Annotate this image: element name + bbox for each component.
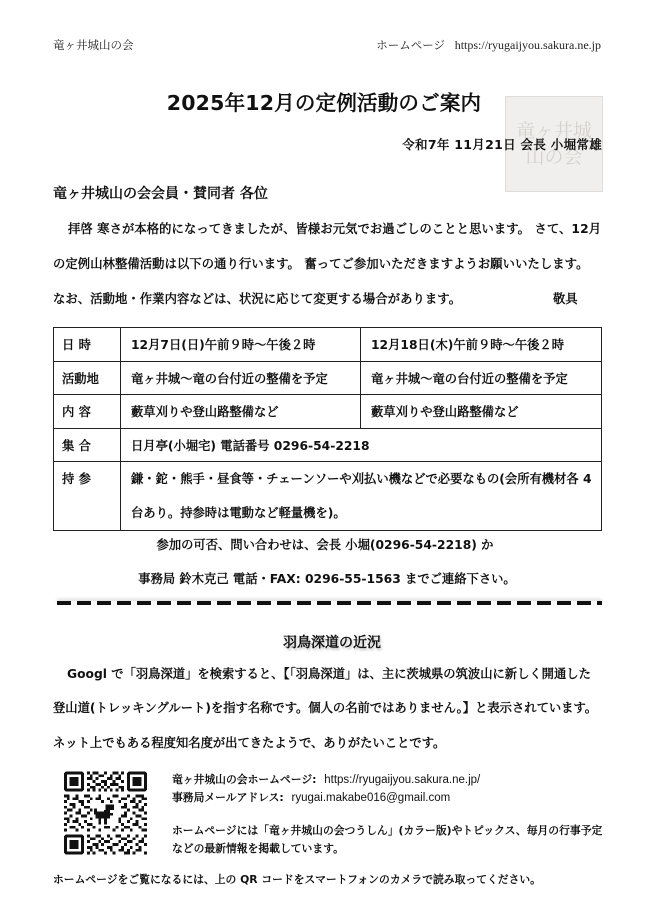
- cell-session-1: 12月7日(日)午前９時～午後２時: [121, 328, 361, 362]
- header-homepage: ホームページ https://ryugaijyou.sakura.ne.jp: [376, 37, 601, 53]
- qr-instruction: ホームページをご覧になるには、上の QR コードをスマートフォンのカメラで読み取…: [53, 872, 541, 887]
- news-line-2: 登山道(トレッキングルート)を指す名称です。個人の名前ではありません。】と表示さ…: [53, 698, 597, 716]
- table-row-bring: 持 参 鎌・鉈・熊手・昼食等・チェーンソーや刈払い機などで必要なもの(会所有機材…: [54, 462, 602, 531]
- bring-line-1: 鎌・鉈・熊手・昼食等・チェーンソーや刈払い機などで必要なもの(会所有機材各 4: [131, 462, 593, 496]
- contact-line-2: 事務局 鈴木克己 電話・FAX: 0296-55-1563 までご連絡下さい。: [0, 569, 660, 587]
- schedule-table: 日 時 12月7日(日)午前９時～午後２時 12月18日(木)午前９時～午後２時…: [53, 327, 602, 531]
- info-email: 事務局メールアドレス: ryugai.makabe016@gmail.com: [172, 790, 450, 805]
- row-label: 日 時: [54, 328, 121, 362]
- dashed-divider: [57, 601, 602, 605]
- info-description-line-2: などの最新情報を掲載しています。: [172, 841, 344, 856]
- news-line-3: ネット上でもある程度知名度が出てきたようで、ありがたいことです。: [53, 733, 445, 751]
- greeting-line-1: 拝啓 寒さが本格的になってきましたが、皆様お元気でお過ごしのことと思います。 さ…: [68, 219, 601, 237]
- table-row-content: 内 容 藪草刈りや登山路整備など 藪草刈りや登山路整備など: [54, 395, 602, 429]
- row-label: 活動地: [54, 361, 121, 395]
- row-label: 持 参: [54, 462, 121, 531]
- greeting-line-2: の定例山林整備活動は以下の通り行います。 奮ってご参加いただきますようお願いいた…: [53, 254, 588, 272]
- header-homepage-label: ホームページ: [376, 38, 445, 52]
- bring-line-2: 台あり。持参時は電動など軽量機を)。: [131, 496, 593, 530]
- cell-meeting-point: 日月亭(小堀宅) 電話番号 0296-54-2218: [121, 428, 602, 462]
- cell-session-1: 竜ヶ井城～竜の台付近の整備を予定: [121, 361, 361, 395]
- greeting-line-3: なお、活動地・作業内容などは、状況に応じて変更する場合があります。 敬具: [53, 289, 461, 307]
- cell-bring-items: 鎌・鉈・熊手・昼食等・チェーンソーや刈払い機などで必要なもの(会所有機材各 4 …: [121, 462, 602, 531]
- cell-session-1: 藪草刈りや登山路整備など: [121, 395, 361, 429]
- greeting-line-3-text: なお、活動地・作業内容などは、状況に応じて変更する場合があります。: [53, 292, 461, 306]
- table-row-meeting-point: 集 合 日月亭(小堀宅) 電話番号 0296-54-2218: [54, 428, 602, 462]
- news-line-1: Googl で「羽鳥深道」を検索すると、【「羽鳥深道」は、主に茨城県の筑波山に新…: [67, 664, 591, 682]
- info-email-address[interactable]: ryugai.makabe016@gmail.com: [292, 792, 451, 804]
- info-homepage-url[interactable]: https://ryugaijyou.sakura.ne.jp/: [324, 774, 480, 786]
- info-homepage: 竜ヶ井城山の会ホームページ: https://ryugaijyou.sakura…: [172, 772, 480, 787]
- date-and-sender: 令和7年 11月21日 会長 小堀常雄: [402, 135, 602, 153]
- header-homepage-url[interactable]: https://ryugaijyou.sakura.ne.jp: [455, 38, 601, 52]
- row-label: 集 合: [54, 428, 121, 462]
- closing-word: 敬具: [553, 289, 578, 307]
- table-row-datetime: 日 時 12月7日(日)午前９時～午後２時 12月18日(木)午前９時～午後２時: [54, 328, 602, 362]
- addressee: 竜ヶ井城山の会会員・賛同者 各位: [53, 183, 268, 203]
- info-homepage-label: 竜ヶ井城山の会ホームページ:: [172, 773, 316, 786]
- cell-session-2: 藪草刈りや登山路整備など: [361, 395, 602, 429]
- table-row-location: 活動地 竜ヶ井城～竜の台付近の整備を予定 竜ヶ井城～竜の台付近の整備を予定: [54, 361, 602, 395]
- info-email-label: 事務局メールアドレス:: [172, 791, 284, 804]
- news-section-title: 羽鳥深道の近況: [0, 632, 660, 652]
- info-description-line-1: ホームページには「竜ヶ井城山の会つうしん」(カラー版)やトピックス、毎月の行事予…: [172, 823, 602, 838]
- cell-session-2: 竜ヶ井城～竜の台付近の整備を予定: [361, 361, 602, 395]
- header-org-name: 竜ヶ井城山の会: [53, 37, 134, 53]
- qr-code-icon[interactable]: [64, 771, 147, 855]
- contact-line-1: 参加の可否、問い合わせは、会長 小堀(0296-54-2218) か: [0, 535, 660, 553]
- row-label: 内 容: [54, 395, 121, 429]
- cell-session-2: 12月18日(木)午前９時～午後２時: [361, 328, 602, 362]
